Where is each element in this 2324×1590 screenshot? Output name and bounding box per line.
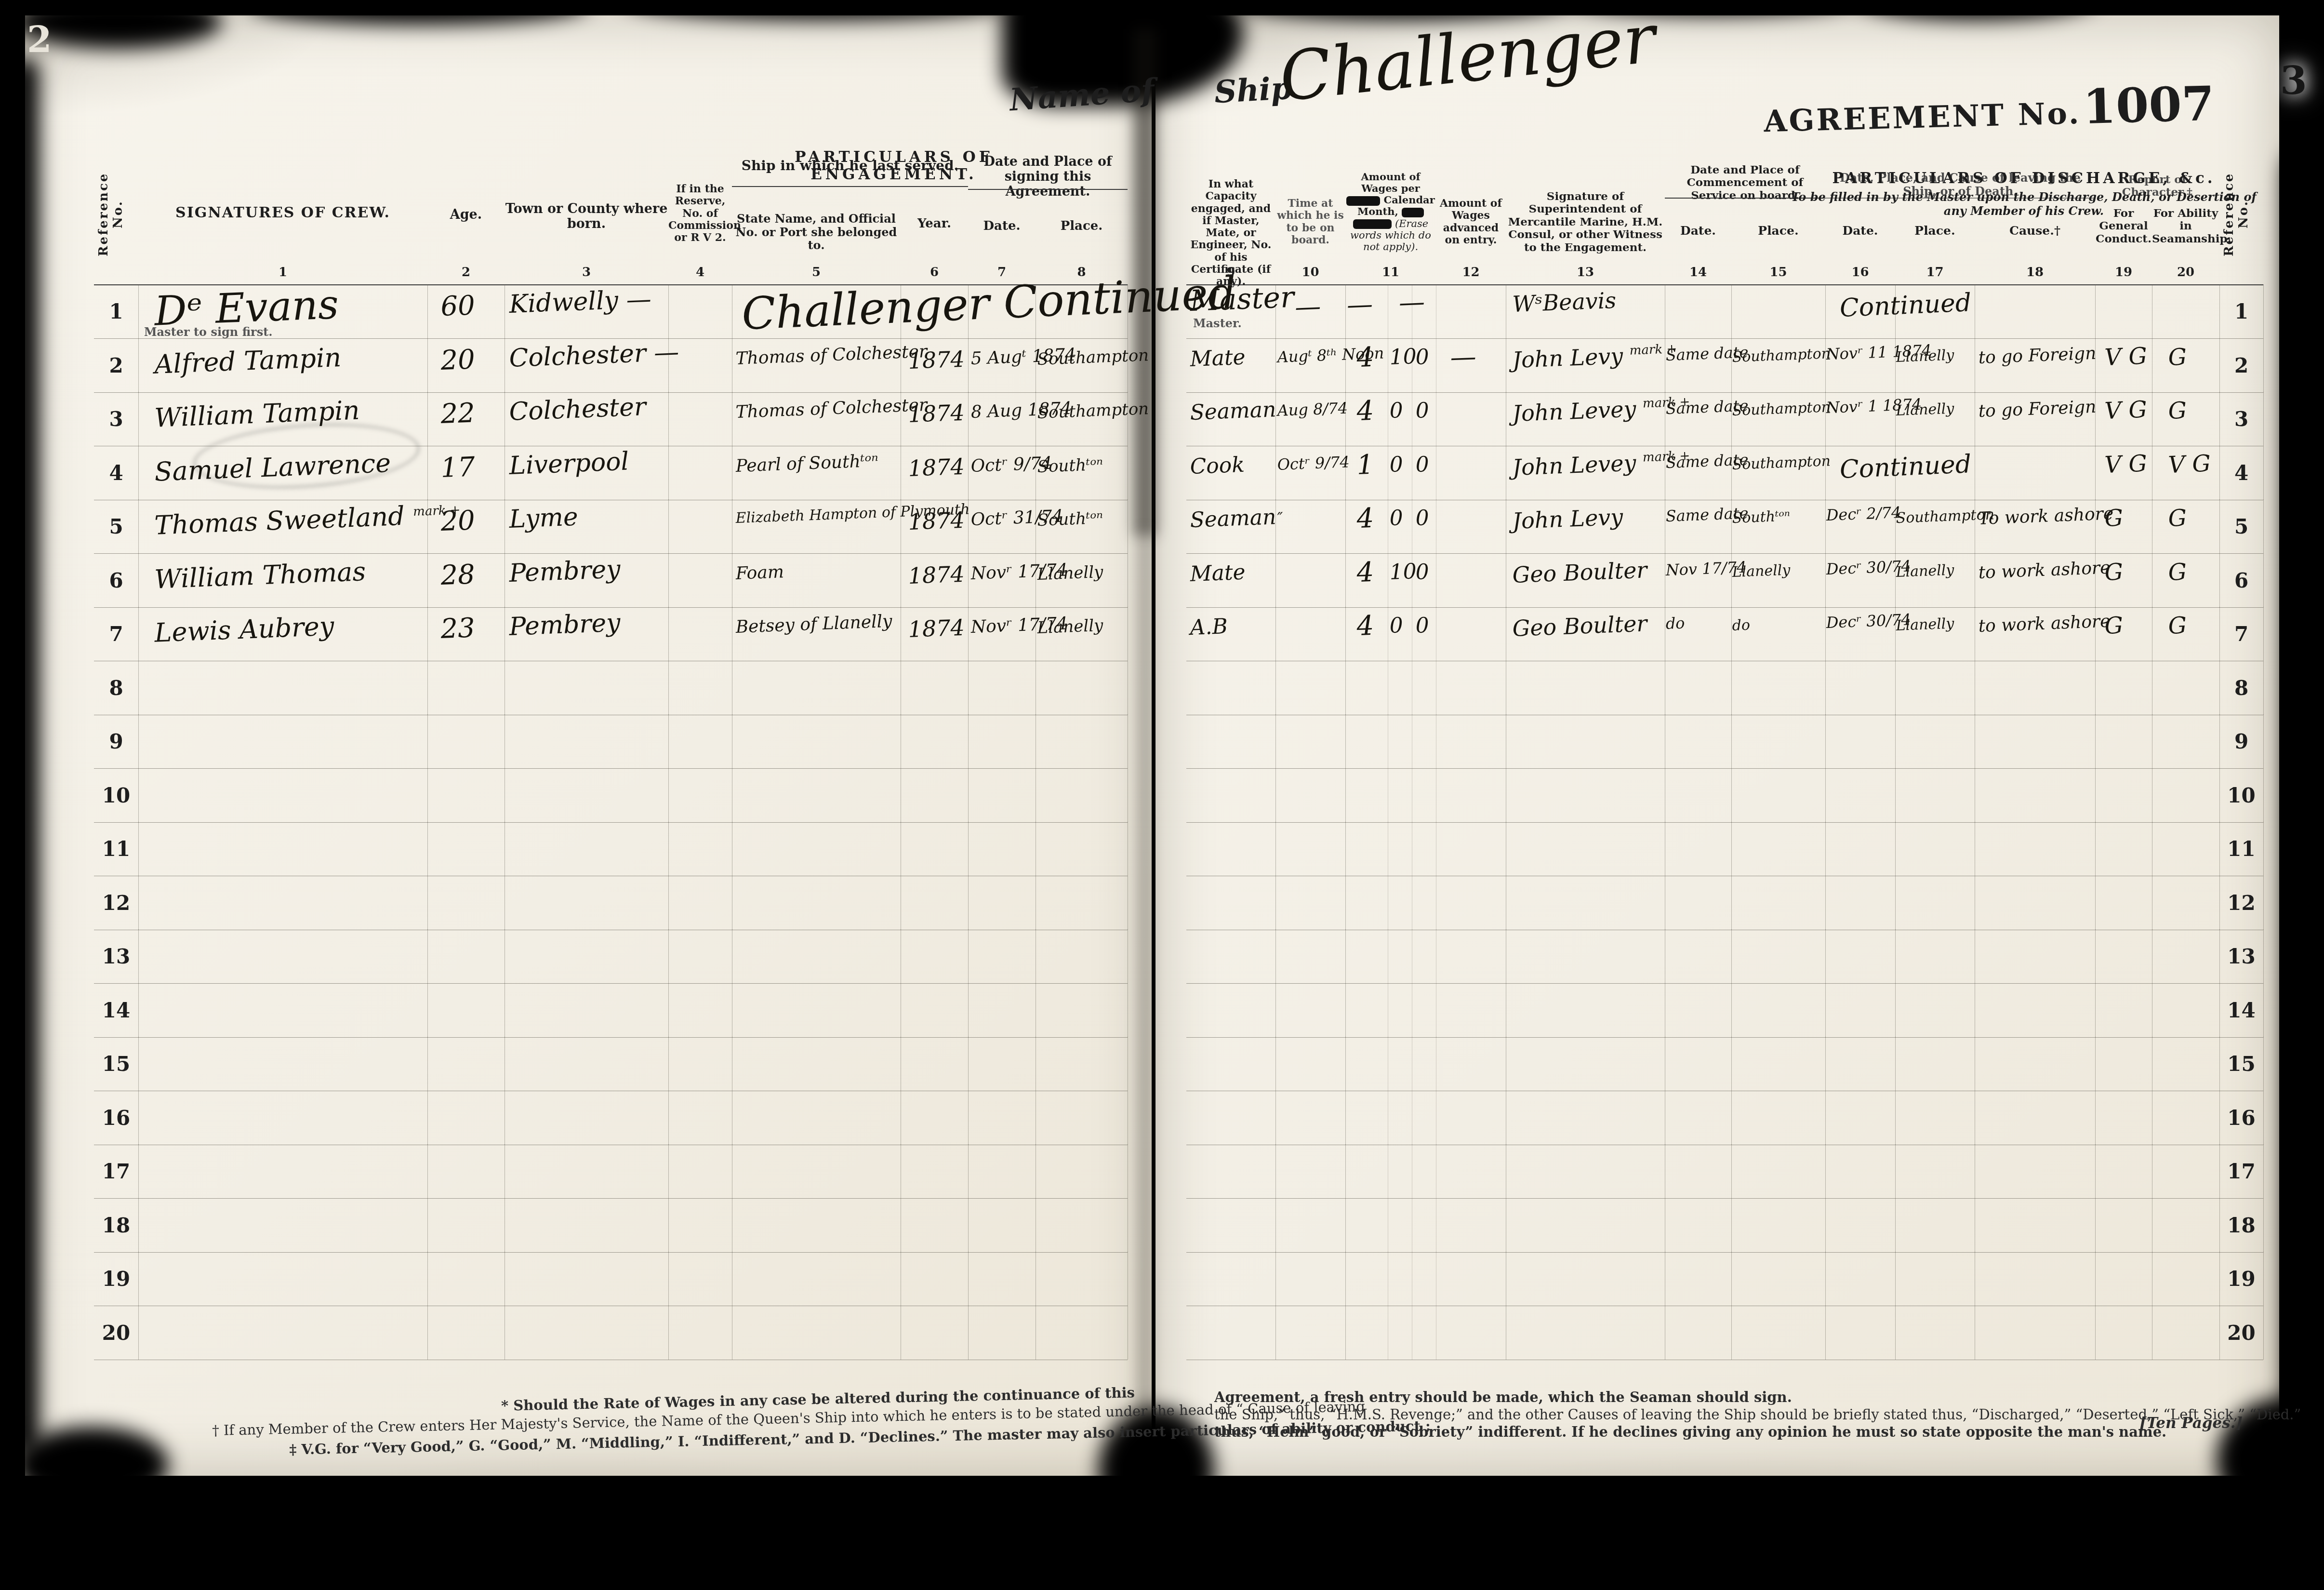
table-cell <box>1275 1144 1346 1198</box>
table-cell <box>1975 1144 2096 1198</box>
crew-town: Lyme <box>508 503 578 534</box>
table-cell <box>1665 1144 1732 1198</box>
table-row: 20 <box>1186 1306 2263 1360</box>
table-cell <box>732 1306 901 1360</box>
table-cell <box>1345 929 1388 983</box>
table-cell <box>668 607 732 661</box>
table-cell <box>1036 768 1128 822</box>
crew-age: 28 <box>440 559 476 591</box>
ship-last-served: Foam <box>735 562 784 584</box>
table-cell <box>668 768 732 822</box>
table-cell <box>668 661 732 715</box>
table-cell <box>1436 1037 1506 1091</box>
table-cell <box>1345 1198 1388 1252</box>
wage-shillings: 0 <box>1389 613 1404 638</box>
table-cell <box>2152 661 2220 715</box>
table-cell <box>1436 553 1506 607</box>
table-cell <box>668 499 732 553</box>
table-cell <box>1412 1306 1436 1360</box>
table-cell <box>2095 822 2152 876</box>
table-cell <box>1345 714 1388 768</box>
table-cell <box>1506 1252 1665 1306</box>
table-cell <box>427 822 505 876</box>
table-cell <box>505 822 669 876</box>
table-cell <box>1665 822 1732 876</box>
table-cell <box>968 1198 1036 1252</box>
crew-age: 60 <box>440 290 476 322</box>
table-cell <box>1895 1306 1975 1360</box>
wage-pence: 0 <box>1415 560 1430 585</box>
col6-num: 6 <box>901 265 968 280</box>
table-cell <box>427 1252 505 1306</box>
table-cell <box>1436 284 1506 338</box>
table-row: 2Alfred Tampin20Colchester —Thomas of Co… <box>94 338 1128 393</box>
table-cell <box>1975 446 2096 500</box>
right-footnote-3: thus, “Helm” good, or “Sobriety” indiffe… <box>1214 1422 2166 1443</box>
table-cell <box>1388 983 1412 1037</box>
discharge-subtitle: To be filled in by the Master upon the D… <box>1783 190 2265 218</box>
wage-pounds: 4 <box>1356 610 1374 642</box>
table-cell <box>138 983 428 1037</box>
row-number-left: 7 <box>94 607 138 661</box>
table-cell <box>1506 1306 1665 1360</box>
table-cell <box>1436 1091 1506 1145</box>
row-number-left: 3 <box>94 392 138 446</box>
table-cell <box>968 929 1036 983</box>
group-rule <box>732 186 968 187</box>
table-row: 16 <box>94 1091 1128 1145</box>
table-row: 16 <box>1186 1091 2263 1145</box>
table-cell <box>968 1091 1036 1145</box>
table-cell <box>732 983 901 1037</box>
scanned-crew-agreement: { "header": { "left_page_number": "2", "… <box>0 0 2324 1590</box>
table-cell <box>732 1252 901 1306</box>
col4-header: If in the Reserve, No. of Commission or … <box>668 183 732 244</box>
capacity: Cook <box>1190 453 1245 479</box>
table-cell <box>1186 1091 1276 1145</box>
col5-header: State Name, and Official No. or Port she… <box>732 212 901 252</box>
table-cell <box>968 983 1036 1037</box>
table-cell <box>2152 284 2220 338</box>
crew-town: Kidwelly — <box>508 285 651 319</box>
table-cell <box>1275 499 1346 553</box>
wage-pounds: 4 <box>1356 557 1374 588</box>
commencement-place: do <box>1732 617 1751 634</box>
row-number-right: 18 <box>2219 1198 2263 1252</box>
master-dash-span: — — — <box>1294 286 1425 322</box>
crew-town: Pembrey <box>508 608 621 641</box>
table-cell <box>732 714 901 768</box>
crew-signature: Alfred Tampin <box>137 335 342 380</box>
table-cell <box>1345 822 1388 876</box>
table-cell <box>1275 876 1346 930</box>
edge-blot <box>2284 145 2324 1446</box>
table-row: 10 <box>1186 768 2263 823</box>
table-cell <box>1186 1144 1276 1198</box>
table-cell <box>1412 1144 1436 1198</box>
table-cell <box>668 1144 732 1198</box>
table-cell <box>505 983 669 1037</box>
reference-no-header-left: Reference No. <box>97 159 126 270</box>
table-cell <box>1506 714 1665 768</box>
table-cell <box>1186 661 1276 715</box>
table-cell <box>732 1091 901 1145</box>
row-number-right: 16 <box>2219 1091 2263 1145</box>
discharge-title-block: PARTICULARS OF DISCHARGE, &c. To be fill… <box>1783 170 2265 218</box>
agreement-label: AGREEMENT No. <box>1764 95 2082 139</box>
left-page-number: 2 <box>27 19 52 61</box>
col9-num: 9 <box>1186 265 1275 280</box>
table-cell <box>732 768 901 822</box>
table-cell <box>1412 661 1436 715</box>
col15-header: Place. <box>1731 224 1825 238</box>
row-number-left: 6 <box>94 553 138 607</box>
col8-header: Place. <box>1036 219 1128 234</box>
table-cell <box>1436 983 1506 1037</box>
table-cell <box>1275 1091 1346 1145</box>
col10-num: 10 <box>1275 265 1345 280</box>
row-number-left: 20 <box>94 1306 138 1360</box>
row-number-left: 8 <box>94 661 138 715</box>
table-cell <box>968 822 1036 876</box>
row-number-left: 16 <box>94 1091 138 1145</box>
table-cell <box>1506 822 1665 876</box>
table-cell <box>1345 661 1388 715</box>
col6-header: Year. <box>901 217 968 231</box>
table-cell <box>2152 822 2220 876</box>
witness-signature: Geo Boulter <box>1512 610 1648 641</box>
table-cell <box>1895 768 1975 822</box>
table-cell <box>1345 768 1388 822</box>
table-cell <box>1275 1306 1346 1360</box>
table-row: 7Lewis Aubrey23PembreyBetsey of Llanelly… <box>94 607 1128 661</box>
table-cell <box>901 1091 969 1145</box>
table-row: 11 <box>1186 822 2263 876</box>
table-cell <box>427 929 505 983</box>
row-number-right: 15 <box>2219 1037 2263 1091</box>
crew-age: 23 <box>440 612 476 645</box>
conduct-rating: G <box>2104 505 2123 532</box>
table-cell <box>505 768 669 822</box>
ability-rating: G <box>2167 559 2187 586</box>
table-cell <box>1186 1037 1276 1091</box>
table-row: 1Dᵉ EvansMaster to sign first.60Kidwelly… <box>94 284 1128 339</box>
row-number-right: 3 <box>2219 392 2263 446</box>
table-cell <box>901 929 969 983</box>
wages-advanced: — <box>1449 341 1476 373</box>
col14-num: 14 <box>1665 265 1731 280</box>
engagement-title: PARTICULARS OF ENGAGEMENT. <box>737 148 1050 183</box>
table-cell <box>1388 876 1412 930</box>
table-cell <box>1506 1037 1665 1091</box>
row-number-right: 2 <box>2219 338 2263 392</box>
table-cell <box>2152 714 2220 768</box>
col17-num: 17 <box>1895 265 1975 280</box>
table-cell <box>1036 929 1128 983</box>
table-cell <box>1412 1037 1436 1091</box>
table-cell <box>968 876 1036 930</box>
leaving-place: Llanelly <box>1896 400 1954 419</box>
table-cell <box>1388 1037 1412 1091</box>
table-cell <box>1665 876 1732 930</box>
table-cell <box>1036 1306 1128 1360</box>
row-number-right: 7 <box>2219 607 2263 661</box>
signing-place: Llanelly <box>1037 616 1103 638</box>
table-cell <box>1186 983 1276 1037</box>
table-cell <box>1388 661 1412 715</box>
table-row: 4Samuel Lawrence17LiverpoolPearl of Sout… <box>94 446 1128 500</box>
engagement-rows: 1Dᵉ EvansMaster to sign first.60Kidwelly… <box>94 284 1128 1359</box>
table-row: 18 <box>1186 1198 2263 1253</box>
witness-signature: John Levy <box>1512 504 1624 534</box>
table-cell <box>1665 714 1732 768</box>
table-cell <box>1036 661 1128 715</box>
table-row: 6William Thomas28PembreyFoam1874Novʳ 17/… <box>94 553 1128 608</box>
table-cell <box>138 1144 428 1198</box>
witness-signature: Geo Boulter <box>1512 557 1648 588</box>
row-number-left: 15 <box>94 1037 138 1091</box>
row-number-left: 9 <box>94 714 138 768</box>
table-cell <box>2095 768 2152 822</box>
row-number-left: 1 <box>94 284 138 338</box>
table-row: 14 <box>1186 983 2263 1038</box>
table-cell <box>2095 714 2152 768</box>
table-row: 13 <box>94 929 1128 984</box>
table-cell <box>1436 714 1506 768</box>
table-cell <box>1975 929 2096 983</box>
table-cell <box>2152 1306 2220 1360</box>
ability-rating: G <box>2167 612 2187 640</box>
table-cell <box>1436 392 1506 446</box>
table-cell <box>901 1037 969 1091</box>
table-cell <box>1825 1091 1896 1145</box>
wage-pence: 0 <box>1415 345 1430 370</box>
table-cell <box>1731 1091 1826 1145</box>
table-cell <box>2152 929 2220 983</box>
table-cell <box>1731 983 1826 1037</box>
table-cell <box>1186 1198 1276 1252</box>
table-cell <box>1506 661 1665 715</box>
leaving-place: Llanelly <box>1896 561 1954 581</box>
table-cell <box>1665 1037 1732 1091</box>
table-cell <box>2152 1198 2220 1252</box>
table-cell <box>668 822 732 876</box>
discharge-table: In what Capacity engaged, and if Master,… <box>1186 145 2263 1359</box>
table-cell <box>1186 822 1276 876</box>
capacity: Mate <box>1190 345 1246 372</box>
table-row: 15 <box>94 1037 1128 1091</box>
wage-pounds: 4 <box>1356 503 1374 534</box>
table-cell <box>1036 714 1128 768</box>
wage-pounds: 4 <box>1356 342 1374 374</box>
table-cell <box>2152 1037 2220 1091</box>
table-cell <box>968 1306 1036 1360</box>
row-number-right: 19 <box>2219 1252 2263 1306</box>
row-number-right: 14 <box>2219 983 2263 1037</box>
table-cell <box>732 822 901 876</box>
capacity: Seaman <box>1190 505 1277 533</box>
commencement-place: Llanelly <box>1732 561 1791 581</box>
table-row: 2MateAugᵗ 8ᵗʰ Noon4100—John Levymark +Sa… <box>1186 338 2263 393</box>
col12-header: Amount of Wages advanced on entry. <box>1436 198 1506 246</box>
table-cell <box>1731 768 1826 822</box>
col13-num: 13 <box>1506 265 1665 280</box>
table-cell <box>968 661 1036 715</box>
table-cell <box>1665 1306 1732 1360</box>
table-cell <box>1388 822 1412 876</box>
table-cell <box>668 284 732 338</box>
row-number-right: 8 <box>2219 661 2263 715</box>
table-row: 9 <box>1186 714 2263 769</box>
table-cell <box>2152 983 2220 1037</box>
table-row: 10 <box>94 768 1128 823</box>
table-cell <box>138 1091 428 1145</box>
table-cell <box>1036 1252 1128 1306</box>
table-cell <box>968 768 1036 822</box>
table-row: 8 <box>1186 661 2263 715</box>
table-cell <box>427 661 505 715</box>
table-cell <box>1665 929 1732 983</box>
table-cell <box>505 1198 669 1252</box>
wage-shillings: 0 <box>1389 506 1404 531</box>
table-cell <box>732 876 901 930</box>
table-row: 6Mate4100Geo BoulterNov 17/74LlanellyDec… <box>1186 553 2263 608</box>
table-cell <box>732 1144 901 1198</box>
table-row: 12 <box>1186 876 2263 930</box>
table-cell <box>1412 768 1436 822</box>
table-cell <box>427 714 505 768</box>
table-cell <box>901 1198 969 1252</box>
col16-num: 16 <box>1825 265 1895 280</box>
col14-header: Date. <box>1665 224 1731 238</box>
table-cell <box>1345 1037 1388 1091</box>
table-cell <box>2152 1144 2220 1198</box>
col20-num: 20 <box>2152 265 2219 280</box>
table-row: 11 <box>94 822 1128 876</box>
table-cell <box>138 929 428 983</box>
crew-age: 20 <box>440 505 476 537</box>
table-cell <box>1506 1144 1665 1198</box>
table-cell <box>2095 1198 2152 1252</box>
group-rule <box>968 189 1128 190</box>
table-cell <box>1186 768 1276 822</box>
ten-pages-label: [Ten Pages.] <box>2139 1412 2243 1435</box>
table-cell <box>968 1037 1036 1091</box>
conduct-rating: V G <box>2104 450 2147 479</box>
table-cell <box>1345 1252 1388 1306</box>
row-number-left: 10 <box>94 768 138 822</box>
table-cell <box>1412 822 1436 876</box>
ability-rating: G <box>2167 397 2187 425</box>
table-cell <box>732 1198 901 1252</box>
table-row: 17 <box>1186 1144 2263 1199</box>
col3-num: 3 <box>505 265 668 280</box>
table-cell <box>2095 1252 2152 1306</box>
erased-word-voyage <box>1353 219 1392 229</box>
time-on-board: Octʳ 9/74 <box>1277 453 1350 474</box>
row-number-right: 1 <box>2219 284 2263 338</box>
table-cell <box>1345 1306 1388 1360</box>
table-cell <box>1412 1252 1436 1306</box>
col11-line1: Amount of Wages per <box>1361 171 1420 194</box>
ability-rating: G <box>2167 505 2187 532</box>
table-cell <box>1975 983 2096 1037</box>
table-cell <box>1388 1198 1412 1252</box>
row-number-right: 10 <box>2219 768 2263 822</box>
table-cell <box>138 822 428 876</box>
capacity: Mate <box>1190 560 1246 587</box>
table-cell <box>1665 284 1732 338</box>
table-cell <box>1412 714 1436 768</box>
table-cell <box>427 983 505 1037</box>
discharge-rows: 1MasterMaster.— — —WˢBeavisContinued2Mat… <box>1186 284 2263 1359</box>
col10-header: Time at which he is to be on board. <box>1275 198 1345 246</box>
table-cell <box>2152 768 2220 822</box>
col2-header: Age. <box>427 207 505 222</box>
capacity: A.B <box>1190 614 1228 640</box>
col13-header: Signature of Superintendent of Mercantil… <box>1506 190 1665 254</box>
wage-pence: 0 <box>1415 506 1430 531</box>
wage-pounds: 4 <box>1356 395 1374 427</box>
table-row: 1MasterMaster.— — —WˢBeavisContinued <box>1186 284 2263 339</box>
col17-header: Place. <box>1895 224 1975 238</box>
table-cell <box>1345 876 1388 930</box>
table-cell <box>505 714 669 768</box>
table-row: 4CookOctʳ 9/74100John Leveymark +Same da… <box>1186 446 2263 500</box>
table-cell <box>668 1198 732 1252</box>
wage-shillings: 0 <box>1389 452 1404 477</box>
table-cell <box>732 1037 901 1091</box>
leaving-span: Continued <box>1839 450 1972 484</box>
conduct-rating: V G <box>2104 396 2147 425</box>
ship-year: 1874 <box>908 454 965 481</box>
table-cell <box>2095 929 2152 983</box>
col12-num: 12 <box>1436 265 1506 280</box>
table-cell <box>1895 1198 1975 1252</box>
table-cell <box>427 1144 505 1198</box>
table-cell <box>668 1306 732 1360</box>
wage-shillings: 10 <box>1389 344 1417 370</box>
ship-year: 1874 <box>908 346 965 374</box>
table-cell <box>1506 876 1665 930</box>
table-cell <box>2152 876 2220 930</box>
col3-header: Town or County where born. <box>505 201 668 231</box>
table-cell <box>1436 1198 1506 1252</box>
table-cell <box>427 1198 505 1252</box>
commencement-place: Southᵗᵒⁿ <box>1732 508 1791 527</box>
table-cell <box>1388 929 1412 983</box>
table-cell <box>968 1252 1036 1306</box>
row-number-left: 17 <box>94 1144 138 1198</box>
table-cell <box>1825 822 1896 876</box>
engagement-table: Reference No. SIGNATURES OF CREW. 1 Age.… <box>94 145 1128 1359</box>
table-cell <box>1186 929 1276 983</box>
table-cell <box>2095 1091 2152 1145</box>
agreement-number: 1007 <box>2082 76 2215 135</box>
table-cell <box>2095 1144 2152 1198</box>
erased-word-share <box>1402 208 1424 217</box>
table-cell <box>1436 822 1506 876</box>
row-number-left: 18 <box>94 1198 138 1252</box>
table-cell <box>1825 1198 1896 1252</box>
table-cell <box>505 661 669 715</box>
table-cell <box>1275 607 1346 661</box>
table-cell <box>1665 1198 1732 1252</box>
time-on-board: Aug 8/74 <box>1277 399 1348 420</box>
table-cell <box>427 1037 505 1091</box>
table-cell <box>505 876 669 930</box>
table-cell <box>505 1306 669 1360</box>
